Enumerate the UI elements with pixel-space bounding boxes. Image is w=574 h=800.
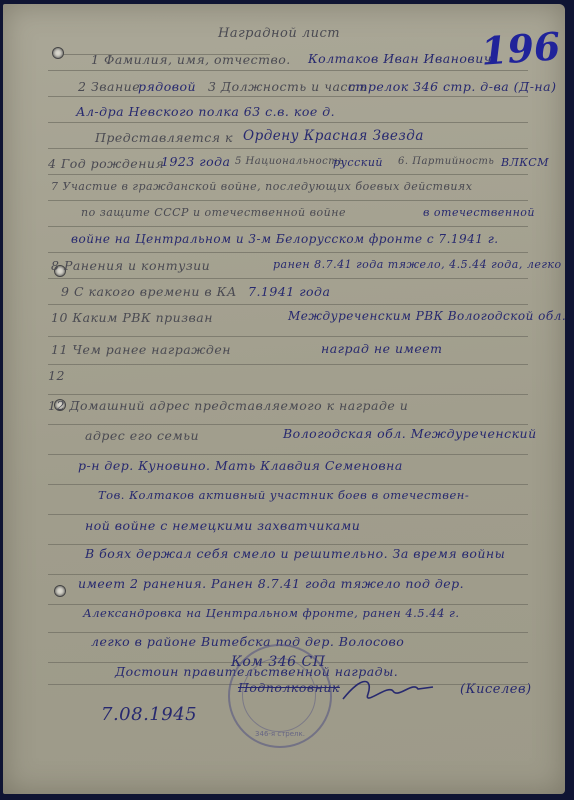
narrative-line: легко в районе Витебска под дер. Волосов… xyxy=(91,634,404,649)
field-label-wounds: 8 Ранения и контузии xyxy=(51,258,210,273)
rule-line xyxy=(48,226,528,227)
rule-line xyxy=(48,336,528,337)
field-label-participation-cont: по защите СССР и отечественной войне xyxy=(81,206,346,219)
rule-line xyxy=(48,174,528,175)
punch-hole xyxy=(55,586,65,596)
rule-line xyxy=(48,122,528,123)
field-value-position: стрелок 346 стр. д-ва (Д-на) xyxy=(348,79,556,94)
field-label-presented: Представляется к xyxy=(95,130,233,145)
field-label-address: 12 Домашний адрес представляемого к нагр… xyxy=(48,398,408,413)
field-value-name: Колтаков Иван Иванович xyxy=(308,51,492,66)
field-value-fronts: войне на Центральном и 3-м Белорусском ф… xyxy=(71,232,499,246)
field-value-rvk: Междуреченским РВК Вологодской обл. xyxy=(288,309,566,323)
rule-line xyxy=(48,200,528,201)
field-value-award: Ордену Красная Звезда xyxy=(243,128,424,144)
field-value-birth: 1923 года xyxy=(161,154,231,169)
rule-line xyxy=(48,252,528,253)
rule-line xyxy=(48,96,528,97)
field-label-prior-awards: 11 Чем ранее награжден xyxy=(51,342,231,357)
narrative-line: ной войне с немецкими захватчиками xyxy=(85,518,360,533)
rule-line xyxy=(48,604,528,605)
punch-hole xyxy=(53,48,63,58)
field-label-family-address: адрес его семьи xyxy=(85,428,199,443)
award-sheet-paper: Наградной лист 196 1 Фамилия, имя, отчес… xyxy=(3,4,565,794)
rule-line xyxy=(48,454,528,455)
field-label-name: 1 Фамилия, имя, отчество. xyxy=(91,52,291,67)
commander-title: Ком 346 СП xyxy=(231,654,325,670)
rule-line xyxy=(48,148,528,149)
field-label-nationality: 5 Национальность xyxy=(235,156,344,167)
field-value-family-address-cont: р-н дер. Куновино. Мать Клавдия Семеновн… xyxy=(78,458,403,473)
rule-line xyxy=(48,394,528,395)
field-label-participation: 7 Участие в гражданской войне, последующ… xyxy=(51,180,472,193)
field-value-participation: в отечественной xyxy=(423,206,535,219)
narrative-line: Тов. Колтаков активный участник боев в о… xyxy=(98,488,469,502)
field-label-party: 6. Партийность xyxy=(398,156,494,167)
rule-line xyxy=(48,364,528,365)
signature-date: 7.08.1945 xyxy=(101,704,197,725)
field-value-wounds: ранен 8.7.41 года тяжело, 4.5.44 года, л… xyxy=(273,258,562,271)
rule-line xyxy=(48,424,528,425)
commander-rank: Подполковник xyxy=(238,680,340,695)
field-value-regiment: Ал-дра Невского полка 63 с.в. кое д. xyxy=(76,104,335,119)
field-value-nationality: русский xyxy=(333,156,383,169)
rule-line xyxy=(48,632,528,633)
field-value-rank: рядовой xyxy=(138,79,196,94)
field-value-party: ВЛКСМ xyxy=(501,156,549,169)
field-value-family-address: Вологодская обл. Междуреченский xyxy=(283,426,537,441)
rule-line xyxy=(48,574,528,575)
rule-line xyxy=(48,484,528,485)
field-label-rvk: 10 Каким РВК призван xyxy=(51,310,213,325)
field-value-prior-awards: наград не имеет xyxy=(321,341,443,356)
rule-line xyxy=(48,544,528,545)
narrative-line: имеет 2 ранения. Ранен 8.7.41 года тяжел… xyxy=(78,576,464,591)
commander-name: (Киселев) xyxy=(460,682,532,697)
signature-scribble xyxy=(333,669,453,709)
narrative-line: Александровка на Центральном фронте, ран… xyxy=(83,606,460,620)
rule-line xyxy=(48,70,528,71)
field-label-birth: 4 Год рождения xyxy=(48,156,164,171)
archive-number: 196 xyxy=(480,23,562,73)
field-label-service-since: 9 С какого времени в КА xyxy=(61,284,237,299)
field-label-12: 12 xyxy=(48,368,65,383)
rule-line xyxy=(48,304,528,305)
field-value-service-since: 7.1941 года xyxy=(248,284,330,299)
rule-line xyxy=(48,514,528,515)
field-label-rank: 2 Звание xyxy=(78,79,140,94)
narrative-line: В боях держал себя смело и решительно. З… xyxy=(85,546,505,561)
document-title: Наградной лист xyxy=(218,26,340,41)
field-label-position: 3 Должность и часть xyxy=(208,79,368,94)
rule-line xyxy=(48,278,528,279)
